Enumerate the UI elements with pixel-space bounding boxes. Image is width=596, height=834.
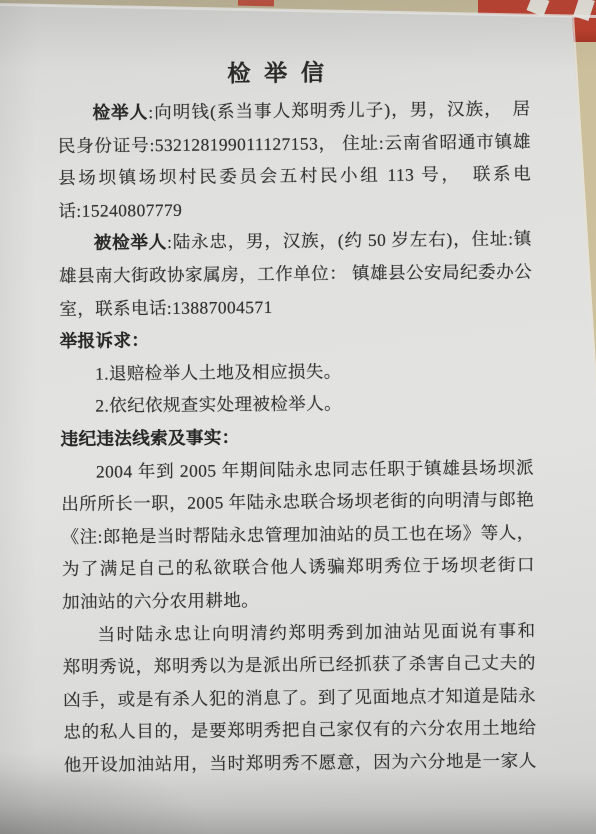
document: 检 举 信 检举人:向明钱(系当事人郑明秀儿子)，男，汉族， 居民身份证号:53… [57,55,537,781]
document-line: 凶手，或是有杀人犯的消息了。到了见面地点才知道是陆永 [63,679,536,716]
document-label: 违纪违法线索及事实： [61,427,240,449]
document-text: 凶手，或是有杀人犯的消息了。到了见面地点才知道是陆永 [63,685,536,710]
document-text: 民身份证号:532128199011127153， 住址:云南省昭通市镇雄 [58,131,531,156]
document-line: 他开设加油站用，当时郑明秀不愿意，因为六分地是一家人 [64,744,537,781]
document-text: 雄县南大街政协家属房，工作单位： 镇雄县公安局纪委办公 [59,261,532,286]
document-text: :向明钱(系当事人郑明秀儿子)，男，汉族， 居 [148,98,530,122]
photo-canvas: 检 举 信 检举人:向明钱(系当事人郑明秀儿子)，男，汉族， 居民身份证号:53… [0,0,596,834]
document-text: 室，联系电话:13887004571 [59,297,272,319]
document-line: 加油站的六分农用耕地。 [62,581,535,618]
document-line: 2.依纪依规查实处理被检举人。 [60,386,533,423]
document-line: 当时陆永忠让向明清约郑明秀到加油站见面说有事和 [62,614,535,651]
document-line: 被检举人:陆永忠，男，汉族，(约 50 岁左右)，住址:镇 [59,223,532,260]
document-line: 2004 年到 2005 年期间陆永忠同志任职于镇雄县场坝派 [61,451,534,488]
document-line: 举报诉求： [60,321,533,358]
document-line: 郑明秀说，郑明秀以为是派出所已经抓获了杀害自己丈夫的 [63,647,536,684]
document-text: 《注:郎艳是当时帮陆永忠管理加油站的员工也在场》等人， [61,522,534,547]
document-line: 1.退赔检举人土地及相应损失。 [60,353,533,390]
document-text: 1.退赔检举人土地及相应损失。 [95,361,342,383]
document-line: 检举人:向明钱(系当事人郑明秀儿子)，男，汉族， 居 [57,92,530,129]
document-lines: 检举人:向明钱(系当事人郑明秀儿子)，男，汉族， 居民身份证号:53212819… [57,92,537,781]
document-line: 室，联系电话:13887004571 [59,288,532,325]
document-line: 为了满足自己的私欲联合他人诱骗郑明秀位于场坝老街口 [62,549,535,586]
document-line: 忠的私人目的，是要郑明秀把自己家仅有的六分农用土地给 [63,712,536,749]
document-text: 话:15240807779 [58,200,182,221]
document-text: 2.依纪依规查实处理被检举人。 [95,394,342,416]
document-text: :陆永忠，男，汉族，(约 50 岁左右)，住址:镇 [167,229,532,252]
document-line: 话:15240807779 [58,190,531,227]
document-text: 忠的私人目的，是要郑明秀把自己家仅有的六分农用土地给 [63,718,536,743]
red-object-sliver [238,0,274,6]
document-line: 违纪违法线索及事实： [60,418,533,455]
document-text: 出所所长一职，2005 年陆永忠联合场坝老街的向明清与郎艳 [61,490,534,515]
document-label: 被检举人 [94,232,168,253]
document-title: 检 举 信 [57,55,530,91]
document-text: 加油站的六分农用耕地。 [62,590,259,612]
document-text: 为了满足自己的私欲联合他人诱骗郑明秀位于场坝老街口 [62,555,535,580]
document-label: 检举人 [92,102,148,123]
document-text: 当时陆永忠让向明清约郑明秀到加油站见面说有事和 [97,620,535,644]
document-line: 《注:郎艳是当时帮陆永忠管理加油站的员工也在场》等人， [61,516,534,553]
document-label: 举报诉求： [60,330,150,351]
document-line: 县场坝镇场坝村民委员会五村民小组 113 号， 联系电 [58,158,531,195]
document-line: 雄县南大街政协家属房，工作单位： 镇雄县公安局纪委办公 [59,255,532,292]
document-line: 出所所长一职，2005 年陆永忠联合场坝老街的向明清与郎艳 [61,484,534,521]
document-text: 2004 年到 2005 年期间陆永忠同志任职于镇雄县场坝派 [96,457,534,481]
document-text: 他开设加油站用，当时郑明秀不愿意，因为六分地是一家人 [64,750,537,775]
document-text: 县场坝镇场坝村民委员会五村民小组 113 号， 联系电 [58,164,531,189]
document-text: 郑明秀说，郑明秀以为是派出所已经抓获了杀害自己丈夫的 [63,653,536,678]
document-line: 民身份证号:532128199011127153， 住址:云南省昭通市镇雄 [58,125,531,162]
